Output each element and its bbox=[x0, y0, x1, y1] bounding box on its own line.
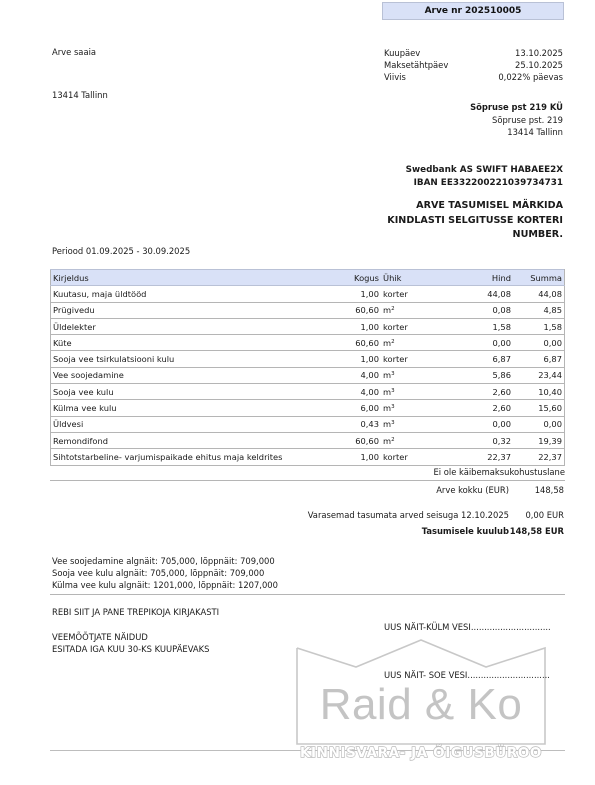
row-description: Sooja vee kulu bbox=[51, 384, 321, 400]
invoice-total-label: Arve kokku (EUR) bbox=[436, 485, 509, 495]
payment-notice-line: KINDLASTI SELGITUSSE KORTERI bbox=[387, 214, 563, 229]
header-unit: Ühik bbox=[381, 270, 445, 286]
row-description: Külma vee kulu bbox=[51, 400, 321, 416]
row-description: Sihtotstarbeline- varjumispaikade ehitus… bbox=[51, 449, 321, 465]
tear-off-instruction: REBI SIIT JA PANE TREPIKOJA KIRJAKASTI bbox=[52, 607, 219, 617]
row-quantity: 4,00 bbox=[320, 384, 381, 400]
row-quantity: 6,00 bbox=[320, 400, 381, 416]
meta-penalty-label: Viivis bbox=[384, 71, 406, 83]
row-sum: 0,00 bbox=[513, 335, 565, 351]
unit-text: m bbox=[383, 370, 391, 380]
tear-off-divider bbox=[50, 594, 565, 595]
items-table: Kirjeldus Kogus Ühik Hind Summa Kuutasu,… bbox=[50, 269, 565, 466]
row-quantity: 0,43 bbox=[320, 416, 381, 432]
table-row: Sooja vee tsirkulatsiooni kulu1,00korter… bbox=[51, 351, 565, 367]
unit-text: korter bbox=[383, 322, 408, 332]
unit-exponent: 3 bbox=[391, 420, 395, 426]
row-price: 0,32 bbox=[445, 432, 513, 448]
reading-line: Vee soojedamine algnäit: 705,000, lõppnä… bbox=[52, 556, 278, 568]
row-quantity: 1,00 bbox=[320, 318, 381, 334]
meta-due-date-label: Maksetähtpäev bbox=[384, 59, 448, 71]
row-description: Üldelekter bbox=[51, 318, 321, 334]
row-unit: m2 bbox=[381, 302, 445, 318]
meter-readings: Vee soojedamine algnäit: 705,000, lõppnä… bbox=[52, 556, 278, 591]
row-price: 44,08 bbox=[445, 286, 513, 302]
row-price: 5,86 bbox=[445, 367, 513, 383]
unit-exponent: 2 bbox=[391, 306, 395, 312]
table-row: Külma vee kulu6,00m32,6015,60 bbox=[51, 400, 565, 416]
row-description: Vee soojedamine bbox=[51, 367, 321, 383]
seller-address: Sõpruse pst 219 KÜ Sõpruse pst. 219 1341… bbox=[470, 101, 563, 139]
bank-swift: Swedbank AS SWIFT HABAEE2X bbox=[406, 164, 563, 177]
payment-notice-line: ARVE TASUMISEL MÄRKIDA bbox=[387, 199, 563, 214]
row-sum: 1,58 bbox=[513, 318, 565, 334]
row-description: Üldvesi bbox=[51, 416, 321, 432]
row-description: Kuutasu, maja üldtööd bbox=[51, 286, 321, 302]
unit-text: m bbox=[383, 338, 391, 348]
unit-text: m bbox=[383, 436, 391, 446]
unit-exponent: 3 bbox=[391, 371, 395, 377]
unit-exponent: 2 bbox=[391, 437, 395, 443]
row-unit: m2 bbox=[381, 432, 445, 448]
reading-line: Külma vee kulu algnäit: 1201,000, lõppnä… bbox=[52, 580, 278, 592]
unit-text: m bbox=[383, 419, 391, 429]
watermark-company-name: Raid & Ko bbox=[297, 680, 545, 730]
row-description: Küte bbox=[51, 335, 321, 351]
row-unit: m3 bbox=[381, 416, 445, 432]
row-quantity: 1,00 bbox=[320, 449, 381, 465]
header-description: Kirjeldus bbox=[51, 270, 321, 286]
unit-exponent: 2 bbox=[391, 339, 395, 345]
reading-line: Sooja vee kulu algnäit: 705,000, lõppnäi… bbox=[52, 568, 278, 580]
row-quantity: 1,00 bbox=[320, 286, 381, 302]
row-quantity: 60,60 bbox=[320, 432, 381, 448]
seller-city: 13414 Tallinn bbox=[470, 126, 563, 139]
row-price: 2,60 bbox=[445, 400, 513, 416]
row-sum: 0,00 bbox=[513, 416, 565, 432]
row-quantity: 1,00 bbox=[320, 351, 381, 367]
unit-text: korter bbox=[383, 354, 408, 364]
table-row: Remondifond60,60m20,3219,39 bbox=[51, 432, 565, 448]
totals-divider bbox=[50, 480, 565, 481]
header-sum: Summa bbox=[513, 270, 565, 286]
table-row: Vee soojedamine4,00m35,8623,44 bbox=[51, 367, 565, 383]
row-price: 6,87 bbox=[445, 351, 513, 367]
items-body: Kuutasu, maja üldtööd1,00korter44,0844,0… bbox=[51, 286, 565, 465]
meta-date: Kuupäev 13.10.2025 bbox=[384, 47, 563, 59]
watermark-subtitle: KINNISVARA- JA ÕIGUSBÜROO bbox=[297, 745, 545, 761]
amount-due-label: Tasumisele kuulub bbox=[422, 526, 509, 536]
recipient-label: Arve saaja bbox=[52, 46, 96, 55]
meta-penalty-value: 0,022% päevas bbox=[498, 71, 563, 83]
row-sum: 10,40 bbox=[513, 384, 565, 400]
invoice-total-value: 148,58 bbox=[535, 485, 564, 495]
unit-exponent: 3 bbox=[391, 388, 395, 394]
table-row: Sooja vee kulu4,00m32,6010,40 bbox=[51, 384, 565, 400]
invoice-meta: Kuupäev 13.10.2025 Maksetähtpäev 25.10.2… bbox=[384, 47, 563, 83]
meta-date-label: Kuupäev bbox=[384, 47, 420, 59]
row-price: 1,58 bbox=[445, 318, 513, 334]
previous-unpaid-value: 0,00 EUR bbox=[525, 510, 564, 520]
row-unit: korter bbox=[381, 351, 445, 367]
bank-iban: IBAN EE332200221039734731 bbox=[406, 177, 563, 190]
table-row: Sihtotstarbeline- varjumispaikade ehitus… bbox=[51, 449, 565, 465]
seller-street: Sõpruse pst. 219 bbox=[470, 114, 563, 127]
recipient-city: 13414 Tallinn bbox=[52, 90, 108, 100]
header-price: Hind bbox=[445, 270, 513, 286]
row-quantity: 60,60 bbox=[320, 335, 381, 351]
row-unit: korter bbox=[381, 318, 445, 334]
row-unit: korter bbox=[381, 286, 445, 302]
unit-exponent: 3 bbox=[391, 404, 395, 410]
row-unit: m3 bbox=[381, 384, 445, 400]
table-header-row: Kirjeldus Kogus Ühik Hind Summa bbox=[51, 270, 565, 286]
unit-text: m bbox=[383, 305, 391, 315]
meta-due-date-value: 25.10.2025 bbox=[515, 59, 563, 71]
table-row: Üldvesi0,43m30,000,00 bbox=[51, 416, 565, 432]
header-quantity: Kogus bbox=[320, 270, 381, 286]
meta-due-date: Maksetähtpäev 25.10.2025 bbox=[384, 59, 563, 71]
vat-note: Ei ole käibemaksukohustuslane bbox=[433, 467, 565, 477]
table-row: Kuutasu, maja üldtööd1,00korter44,0844,0… bbox=[51, 286, 565, 302]
seller-name: Sõpruse pst 219 KÜ bbox=[470, 101, 563, 114]
table-row: Küte60,60m20,000,00 bbox=[51, 335, 565, 351]
bank-details: Swedbank AS SWIFT HABAEE2X IBAN EE332200… bbox=[406, 164, 563, 190]
row-price: 22,37 bbox=[445, 449, 513, 465]
row-unit: m2 bbox=[381, 335, 445, 351]
row-unit: korter bbox=[381, 449, 445, 465]
row-price: 0,00 bbox=[445, 335, 513, 351]
row-unit: m3 bbox=[381, 400, 445, 416]
row-sum: 19,39 bbox=[513, 432, 565, 448]
invoice-number-box: Arve nr 202510005 bbox=[382, 2, 564, 20]
billing-period: Periood 01.09.2025 - 30.09.2025 bbox=[52, 246, 190, 256]
row-sum: 22,37 bbox=[513, 449, 565, 465]
row-quantity: 60,60 bbox=[320, 302, 381, 318]
row-description: Remondifond bbox=[51, 432, 321, 448]
meter-title-line: ESITADA IGA KUU 30-KS KUUPÄEVAKS bbox=[52, 644, 209, 656]
payment-notice: ARVE TASUMISEL MÄRKIDA KINDLASTI SELGITU… bbox=[387, 199, 563, 243]
meter-submission-title: VEEMÕÕTJATE NÄIDUD ESITADA IGA KUU 30-KS… bbox=[52, 632, 209, 656]
unit-text: korter bbox=[383, 289, 408, 299]
meta-date-value: 13.10.2025 bbox=[515, 47, 563, 59]
previous-unpaid-label: Varasemad tasumata arved seisuga 12.10.2… bbox=[308, 510, 509, 520]
payment-notice-line: NUMBER. bbox=[387, 228, 563, 243]
unit-text: korter bbox=[383, 452, 408, 462]
row-sum: 4,85 bbox=[513, 302, 565, 318]
unit-text: m bbox=[383, 387, 391, 397]
row-sum: 15,60 bbox=[513, 400, 565, 416]
row-price: 0,08 bbox=[445, 302, 513, 318]
table-row: Prügivedu60,60m20,084,85 bbox=[51, 302, 565, 318]
table-row: Üldelekter1,00korter1,581,58 bbox=[51, 318, 565, 334]
meter-title-line: VEEMÕÕTJATE NÄIDUD bbox=[52, 632, 209, 644]
row-description: Prügivedu bbox=[51, 302, 321, 318]
row-quantity: 4,00 bbox=[320, 367, 381, 383]
row-price: 2,60 bbox=[445, 384, 513, 400]
row-sum: 23,44 bbox=[513, 367, 565, 383]
amount-due-value: 148,58 EUR bbox=[510, 526, 564, 536]
row-sum: 44,08 bbox=[513, 286, 565, 302]
row-unit: m3 bbox=[381, 367, 445, 383]
cold-water-reading-field: UUS NÄIT-KÜLM VESI......................… bbox=[384, 622, 551, 632]
row-price: 0,00 bbox=[445, 416, 513, 432]
row-description: Sooja vee tsirkulatsiooni kulu bbox=[51, 351, 321, 367]
hot-water-reading-field: UUS NÄIT- SOE VESI......................… bbox=[384, 670, 550, 680]
meta-penalty: Viivis 0,022% päevas bbox=[384, 71, 563, 83]
unit-text: m bbox=[383, 403, 391, 413]
row-sum: 6,87 bbox=[513, 351, 565, 367]
